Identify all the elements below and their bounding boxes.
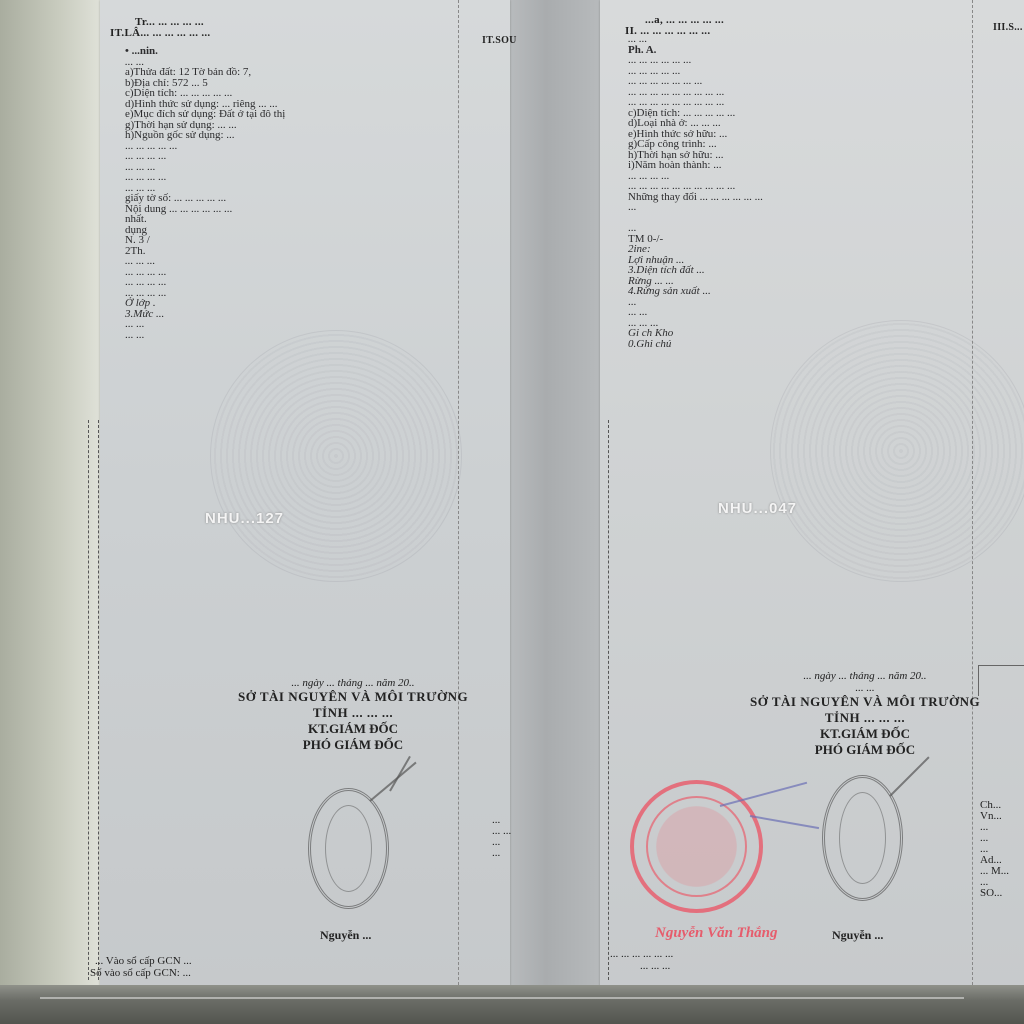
left-header-line-2: IT.LÂ... ... ... ... ... ...: [110, 27, 210, 39]
left-title-line-2: PHÓ GIÁM ĐỐC: [238, 737, 468, 753]
page-gutter: [510, 0, 600, 1000]
document-text-line: N. 3 /: [125, 235, 285, 246]
perforation-line: [972, 0, 973, 990]
document-text-line: i)Năm hoàn thành: ...: [628, 160, 763, 171]
right-signature-block: ... ngày ... tháng ... năm 20.. ... ... …: [750, 670, 980, 758]
red-stamp-signer-name: Nguyễn Văn Thắng: [655, 925, 778, 942]
document-text-line: ... ... ... ... ... ... ... ... ... ...: [628, 181, 763, 192]
document-text-line: Những thay đổi ... ... ... ... ... ...: [628, 192, 763, 203]
left-page: Tr... ... ... ... ... IT.LÂ... ... ... .…: [100, 0, 510, 990]
right-date-line-2: ... ...: [750, 682, 980, 694]
right-date-line: ... ngày ... tháng ... năm 20..: [750, 670, 980, 682]
document-text-line: 3.Diện tích đất ...: [628, 265, 763, 276]
left-signature-block: ... ngày ... tháng ... năm 20.. SỞ TÀI N…: [238, 677, 468, 753]
right-title-line-1: KT.GIÁM ĐỐC: [750, 726, 980, 742]
document-text-line: ... ... ... ...: [125, 172, 285, 183]
document-text-line: ...: [628, 202, 763, 213]
document-text-line: ... ... ... ... ... ... ... ... ...: [628, 97, 763, 108]
left-side-note: ... ... .........: [492, 815, 511, 859]
guilloche-watermark: [770, 320, 1024, 582]
document-text-line: • ...nin.: [125, 46, 285, 57]
document-text-line: 4.Rừng sản xuất ...: [628, 286, 763, 297]
left-page-body: • ...nin.... ...a)Thửa đất: 12 Tờ bản đồ…: [125, 46, 285, 340]
document-text-line: d)Loại nhà ở: ... ... ...: [628, 118, 763, 129]
document-text-line: ... ... ... ... ... ...: [628, 55, 763, 66]
right-serial-number: NHU...047: [718, 500, 797, 517]
document-text-line: Nội dung ... ... ... ... ... ...: [125, 204, 285, 215]
document-text-line: ... ...: [628, 307, 763, 318]
right-org-line-2: TỈNH ... ... ...: [750, 710, 980, 726]
document-text-line: Gi ch Kho: [628, 328, 763, 339]
document-text-line: 2ine:: [628, 244, 763, 255]
left-signer-name: Nguyễn ...: [320, 928, 371, 943]
perforation-line: [608, 420, 609, 980]
side-note-line: ...: [492, 848, 511, 859]
right-side-note: Ch...Vn............Ad...... M......SO...: [980, 800, 1009, 899]
plastic-sleeve-edge: [0, 985, 1024, 1024]
document-text-line: 0.Ghi chú: [628, 339, 763, 350]
right-signer-name: Nguyễn ...: [832, 928, 883, 943]
right-signature: [889, 756, 929, 796]
document-text-line: g)Cấp công trình: ...: [628, 139, 763, 150]
document-text-line: ... ...: [125, 319, 285, 330]
background-left-edge: [0, 0, 100, 1024]
right-table-stub: [978, 665, 1024, 696]
right-page: ...a, ... ... ... ... ... II. ... ... ..…: [600, 0, 1024, 990]
document-text-line: Ở lớp .: [125, 298, 285, 309]
right-title-line-2: PHÓ GIÁM ĐỐC: [750, 742, 980, 758]
document-text-line: a)Thửa đất: 12 Tờ bản đồ: 7,: [125, 67, 285, 78]
document-text-line: ... ...: [628, 34, 763, 45]
side-note-line: SO...: [980, 888, 1009, 899]
document-text-line: ...: [628, 297, 763, 308]
perforation-line: [98, 420, 99, 980]
left-date-line: ... ngày ... tháng ... năm 20..: [238, 677, 468, 689]
perforation-line: [88, 420, 89, 980]
right-corner-mark: III.S...: [993, 22, 1023, 33]
document-text-line: ... ... ... ...: [125, 151, 285, 162]
document-text-line: nhất.: [125, 214, 285, 225]
document-text-line: 3.Mức ...: [125, 309, 285, 320]
left-footer-line-1: ... Vào sổ cấp GCN ...: [95, 955, 192, 967]
document-text-line: ... ...: [125, 330, 285, 341]
document-text-line: e)Mục đích sử dụng: Đất ở tại đô thị: [125, 109, 285, 120]
left-org-line-2: TỈNH ... ... ...: [238, 705, 468, 721]
perforation-line: [458, 0, 459, 990]
guilloche-watermark: [210, 330, 462, 582]
document-text-line: ... ... ... ...: [125, 277, 285, 288]
document-text-line: h)Nguồn gốc sử dụng: ...: [125, 130, 285, 141]
right-page-body: ... ...Ph. A.... ... ... ... ... ...... …: [628, 34, 763, 349]
left-title-line-1: KT.GIÁM ĐỐC: [238, 721, 468, 737]
document-text-line: ...: [628, 223, 763, 234]
left-org-line-1: SỞ TÀI NGUYÊN VÀ MÔI TRƯỜNG: [238, 689, 468, 705]
document-text-line: ... ... ...: [125, 256, 285, 267]
right-footer-line-2: ... ... ...: [640, 960, 670, 972]
left-official-seal: [308, 788, 389, 909]
right-footer-line-1: ... ... ... ... ... ...: [610, 948, 673, 960]
right-org-line-1: SỞ TÀI NGUYÊN VÀ MÔI TRƯỜNG: [750, 694, 980, 710]
left-serial-number: NHU...127: [205, 510, 284, 527]
document-text-line: ... ... ... ... ... ... ...: [628, 76, 763, 87]
left-signature: [389, 756, 411, 792]
document-text-line: c)Diện tích: ... ... ... ... ...: [125, 88, 285, 99]
document-text-line: giấy tờ số: ... ... ... ... ...: [125, 193, 285, 204]
left-corner-mark: IT.SOU: [482, 35, 517, 46]
left-footer-line-2: Số vào sổ cấp GCN: ...: [90, 967, 191, 979]
document-text-line: [628, 213, 763, 224]
